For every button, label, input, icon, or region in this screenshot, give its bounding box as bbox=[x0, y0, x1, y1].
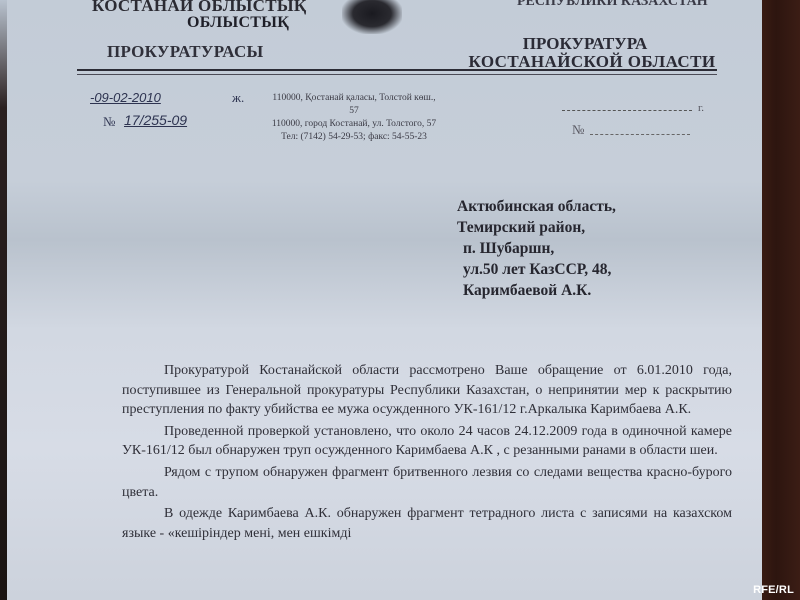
body-paragraph: Рядом с трупом обнаружен фрагмент бритве… bbox=[122, 463, 732, 502]
recipient-line: Каримбаевой А.К. bbox=[457, 280, 616, 301]
header-divider bbox=[77, 69, 717, 71]
address-line: 110000, город Костанай, ул. Толстого, 57 bbox=[269, 118, 439, 131]
reply-number-label: № bbox=[572, 122, 584, 138]
document-page: КОСТАНАЙ ОБЛЫСТЫҚ ОБЛЫСТЫҚ ПРОКУРАТУРАСЫ… bbox=[7, 0, 762, 600]
wooden-surface bbox=[760, 0, 800, 600]
header-divider-thin bbox=[77, 74, 717, 75]
recipient-address: Актюбинская область, Темирский район, п.… bbox=[457, 196, 616, 301]
sender-address: 110000, Қостанай қаласы, Толстой көш., 5… bbox=[269, 92, 439, 144]
address-line: 110000, Қостанай қаласы, Толстой көш., 5… bbox=[269, 92, 439, 118]
registration-number-label: № bbox=[103, 114, 115, 130]
recipient-line: Актюбинская область, bbox=[457, 196, 616, 217]
address-line: Тел: (7142) 54-29-53; факс: 54-55-23 bbox=[269, 131, 439, 144]
header-russian-top-fragment: РЕСПУБЛИКИ КАЗАХСТАН bbox=[517, 0, 708, 10]
body-paragraph: В одежде Каримбаева А.К. обнаружен фрагм… bbox=[122, 504, 732, 543]
header-russian-line1: ПРОКУРАТУРА bbox=[485, 34, 685, 54]
recipient-line: п. Шубаршн, bbox=[457, 238, 616, 259]
header-kazakh-line2: ПРОКУРАТУРАСЫ bbox=[107, 42, 264, 62]
body-paragraph: Проведенной проверкой установлено, что о… bbox=[122, 422, 732, 461]
header-kazakh-overprint: ОБЛЫСТЫҚ bbox=[187, 14, 289, 32]
ink-stamp-mark bbox=[342, 0, 402, 34]
recipient-line: Темирский район, bbox=[457, 217, 616, 238]
body-paragraph: Прокуратурой Костанайской области рассмо… bbox=[122, 361, 732, 420]
reply-date-suffix: г. bbox=[698, 102, 704, 114]
reply-date-blank bbox=[562, 100, 692, 111]
recipient-line: ул.50 лет КазССР, 48, bbox=[457, 259, 616, 280]
registration-date: -09-02-2010 bbox=[90, 90, 161, 105]
letter-body: Прокуратурой Костанайской области рассмо… bbox=[122, 361, 732, 545]
watermark-logo: RFE/RL bbox=[753, 584, 794, 596]
registration-date-suffix: ж. bbox=[232, 90, 244, 106]
registration-number: 17/255-09 bbox=[124, 112, 187, 128]
reply-number-blank bbox=[590, 122, 690, 135]
